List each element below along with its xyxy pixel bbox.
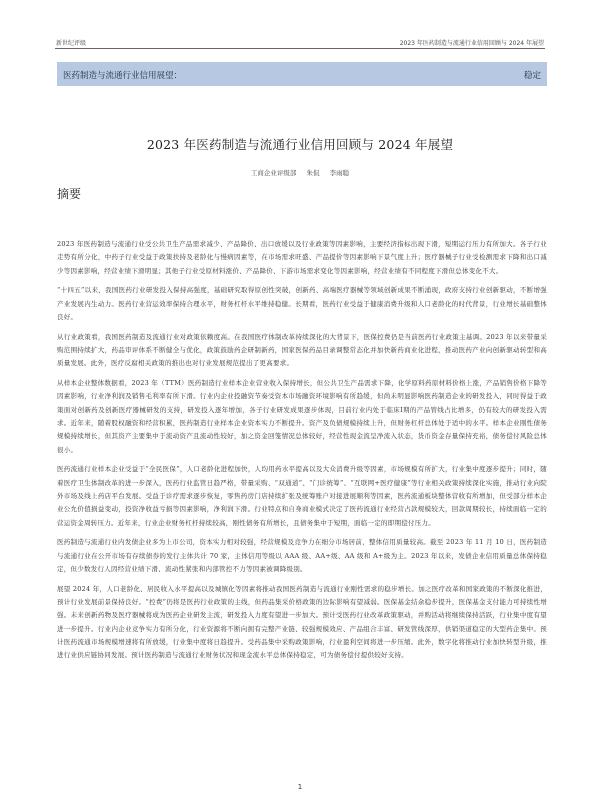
author-1: 朱侃: [307, 169, 320, 177]
section-heading-abstract: 摘要: [57, 185, 81, 202]
paragraph: 展望 2024 年，人口老龄化、居民收入水平提高以及城镇化等因素将推动我国医药制…: [57, 583, 547, 663]
running-title: 2023 年医药制造与流通行业信用回顾与 2024 年展望: [400, 38, 544, 47]
outlook-value: 稳定: [524, 69, 541, 81]
page-header: 新世纪评级 2023 年医药制造与流通行业信用回顾与 2024 年展望: [55, 36, 545, 49]
paragraph: 医药制造与流通行业内发债企业多为上市公司，资本实力相对较强，经营规模及竞争力在细…: [57, 536, 547, 576]
author-line: 工商企业评级部 朱侃 李雨聪: [0, 168, 600, 177]
page-number: 1: [0, 783, 600, 791]
paragraph: 医药流通行业样本企业受益于“全民医保”，人口老龄化进程加快，人均用药水平提高以及…: [57, 463, 547, 529]
outlook-label: 医药制造与流通行业信用展望：: [63, 69, 182, 81]
paragraph: 从样本企业整体数据看，2023 年（TTM）医药制造行业样本企业营业收入保持增长…: [57, 377, 547, 457]
credit-outlook-banner: 医药制造与流通行业信用展望： 稳定: [57, 62, 547, 86]
paragraph: 2023 年医药制造与流通行业受公共卫生产品需求减少、产品降价、出口放缓以及行业…: [57, 238, 547, 278]
department: 工商企业评级部: [251, 169, 297, 177]
abstract-body: 2023 年医药制造与流通行业受公共卫生产品需求减少、产品降价、出口放缓以及行业…: [57, 238, 547, 669]
document-title: 2023 年医药制造与流通行业信用回顾与 2024 年展望: [0, 135, 600, 153]
paragraph: 从行业政策看，我国医药制造及流通行业对政策依赖度高。在我国医疗体制改革持续深化的…: [57, 331, 547, 371]
paragraph: “十四五”以来，我国医药行业研发投入保持高强度，基础研究取得原创性突破，创新药、…: [57, 284, 547, 324]
publisher-name: 新世纪评级: [56, 38, 86, 47]
author-2: 李雨聪: [330, 169, 350, 177]
